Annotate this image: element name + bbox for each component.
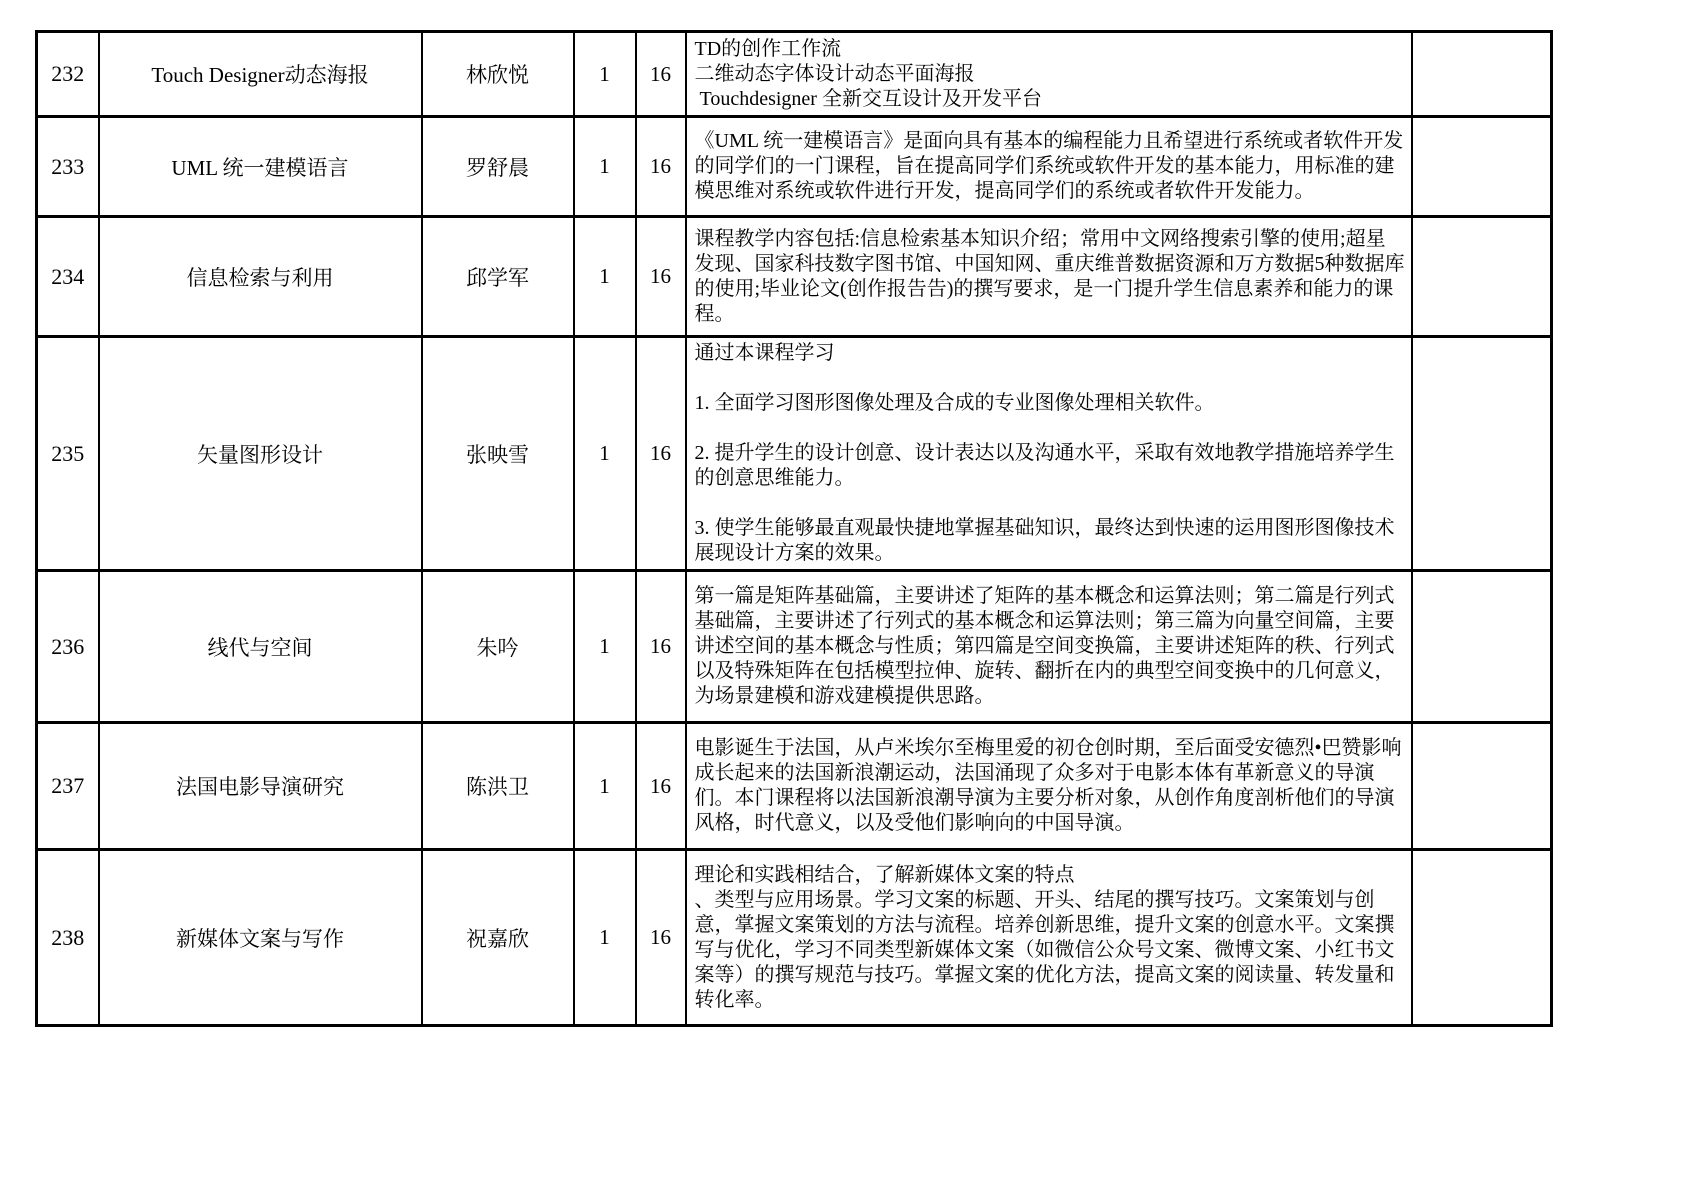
hours-cell: 16 xyxy=(636,217,686,337)
course-id-cell: 237 xyxy=(37,723,99,850)
course-id-cell: 232 xyxy=(37,32,99,117)
table-row: 236 线代与空间 朱吟 1 16 第一篇是矩阵基础篇，主要讲述了矩阵的基本概念… xyxy=(37,571,1552,723)
teacher-cell: 林欣悦 xyxy=(422,32,574,117)
hours-cell: 16 xyxy=(636,117,686,217)
description-cell: 电影诞生于法国，从卢米埃尔至梅里爱的初仓创时期，至后面受安德烈•巴赞影响成长起来… xyxy=(686,723,1412,850)
credit-cell: 1 xyxy=(574,32,636,117)
course-name-cell: 信息检索与利用 xyxy=(99,217,422,337)
description-cell: 课程教学内容包括:信息检索基本知识介绍；常用中文网络搜索引擎的使用;超星发现、国… xyxy=(686,217,1412,337)
notes-cell xyxy=(1412,217,1552,337)
teacher-cell: 罗舒晨 xyxy=(422,117,574,217)
teacher-cell: 陈洪卫 xyxy=(422,723,574,850)
teacher-cell: 祝嘉欣 xyxy=(422,850,574,1026)
table-row: 238 新媒体文案与写作 祝嘉欣 1 16 理论和实践相结合，了解新媒体文案的特… xyxy=(37,850,1552,1026)
notes-cell xyxy=(1412,723,1552,850)
course-id-cell: 238 xyxy=(37,850,99,1026)
hours-cell: 16 xyxy=(636,571,686,723)
teacher-cell: 朱吟 xyxy=(422,571,574,723)
teacher-cell: 张映雪 xyxy=(422,337,574,571)
notes-cell xyxy=(1412,571,1552,723)
table-row: 235 矢量图形设计 张映雪 1 16 通过本课程学习 1. 全面学习图形图像处… xyxy=(37,337,1552,571)
hours-cell: 16 xyxy=(636,723,686,850)
notes-cell xyxy=(1412,32,1552,117)
table-row: 233 UML 统一建模语言 罗舒晨 1 16 《UML 统一建模语言》是面向具… xyxy=(37,117,1552,217)
course-id-cell: 235 xyxy=(37,337,99,571)
notes-cell xyxy=(1412,117,1552,217)
credit-cell: 1 xyxy=(574,117,636,217)
course-id-cell: 233 xyxy=(37,117,99,217)
table-row: 232 Touch Designer动态海报 林欣悦 1 16 TD的创作工作流… xyxy=(37,32,1552,117)
course-name-cell: 法国电影导演研究 xyxy=(99,723,422,850)
course-id-cell: 234 xyxy=(37,217,99,337)
course-table: 232 Touch Designer动态海报 林欣悦 1 16 TD的创作工作流… xyxy=(35,30,1553,1027)
course-name-cell: Touch Designer动态海报 xyxy=(99,32,422,117)
credit-cell: 1 xyxy=(574,337,636,571)
course-name-cell: 新媒体文案与写作 xyxy=(99,850,422,1026)
document-page: 232 Touch Designer动态海报 林欣悦 1 16 TD的创作工作流… xyxy=(0,0,1684,1191)
credit-cell: 1 xyxy=(574,217,636,337)
description-cell: 第一篇是矩阵基础篇，主要讲述了矩阵的基本概念和运算法则；第二篇是行列式基础篇，主… xyxy=(686,571,1412,723)
course-name-cell: UML 统一建模语言 xyxy=(99,117,422,217)
course-name-cell: 矢量图形设计 xyxy=(99,337,422,571)
teacher-cell: 邱学军 xyxy=(422,217,574,337)
notes-cell xyxy=(1412,850,1552,1026)
description-cell: 通过本课程学习 1. 全面学习图形图像处理及合成的专业图像处理相关软件。 2. … xyxy=(686,337,1412,571)
description-cell: TD的创作工作流 二维动态字体设计动态平面海报 Touchdesigner 全新… xyxy=(686,32,1412,117)
table-row: 237 法国电影导演研究 陈洪卫 1 16 电影诞生于法国，从卢米埃尔至梅里爱的… xyxy=(37,723,1552,850)
credit-cell: 1 xyxy=(574,850,636,1026)
credit-cell: 1 xyxy=(574,571,636,723)
description-cell: 理论和实践相结合，了解新媒体文案的特点 、类型与应用场景。学习文案的标题、开头、… xyxy=(686,850,1412,1026)
notes-cell xyxy=(1412,337,1552,571)
course-id-cell: 236 xyxy=(37,571,99,723)
course-name-cell: 线代与空间 xyxy=(99,571,422,723)
hours-cell: 16 xyxy=(636,850,686,1026)
table-row: 234 信息检索与利用 邱学军 1 16 课程教学内容包括:信息检索基本知识介绍… xyxy=(37,217,1552,337)
hours-cell: 16 xyxy=(636,32,686,117)
description-cell: 《UML 统一建模语言》是面向具有基本的编程能力且希望进行系统或者软件开发的同学… xyxy=(686,117,1412,217)
hours-cell: 16 xyxy=(636,337,686,571)
credit-cell: 1 xyxy=(574,723,636,850)
